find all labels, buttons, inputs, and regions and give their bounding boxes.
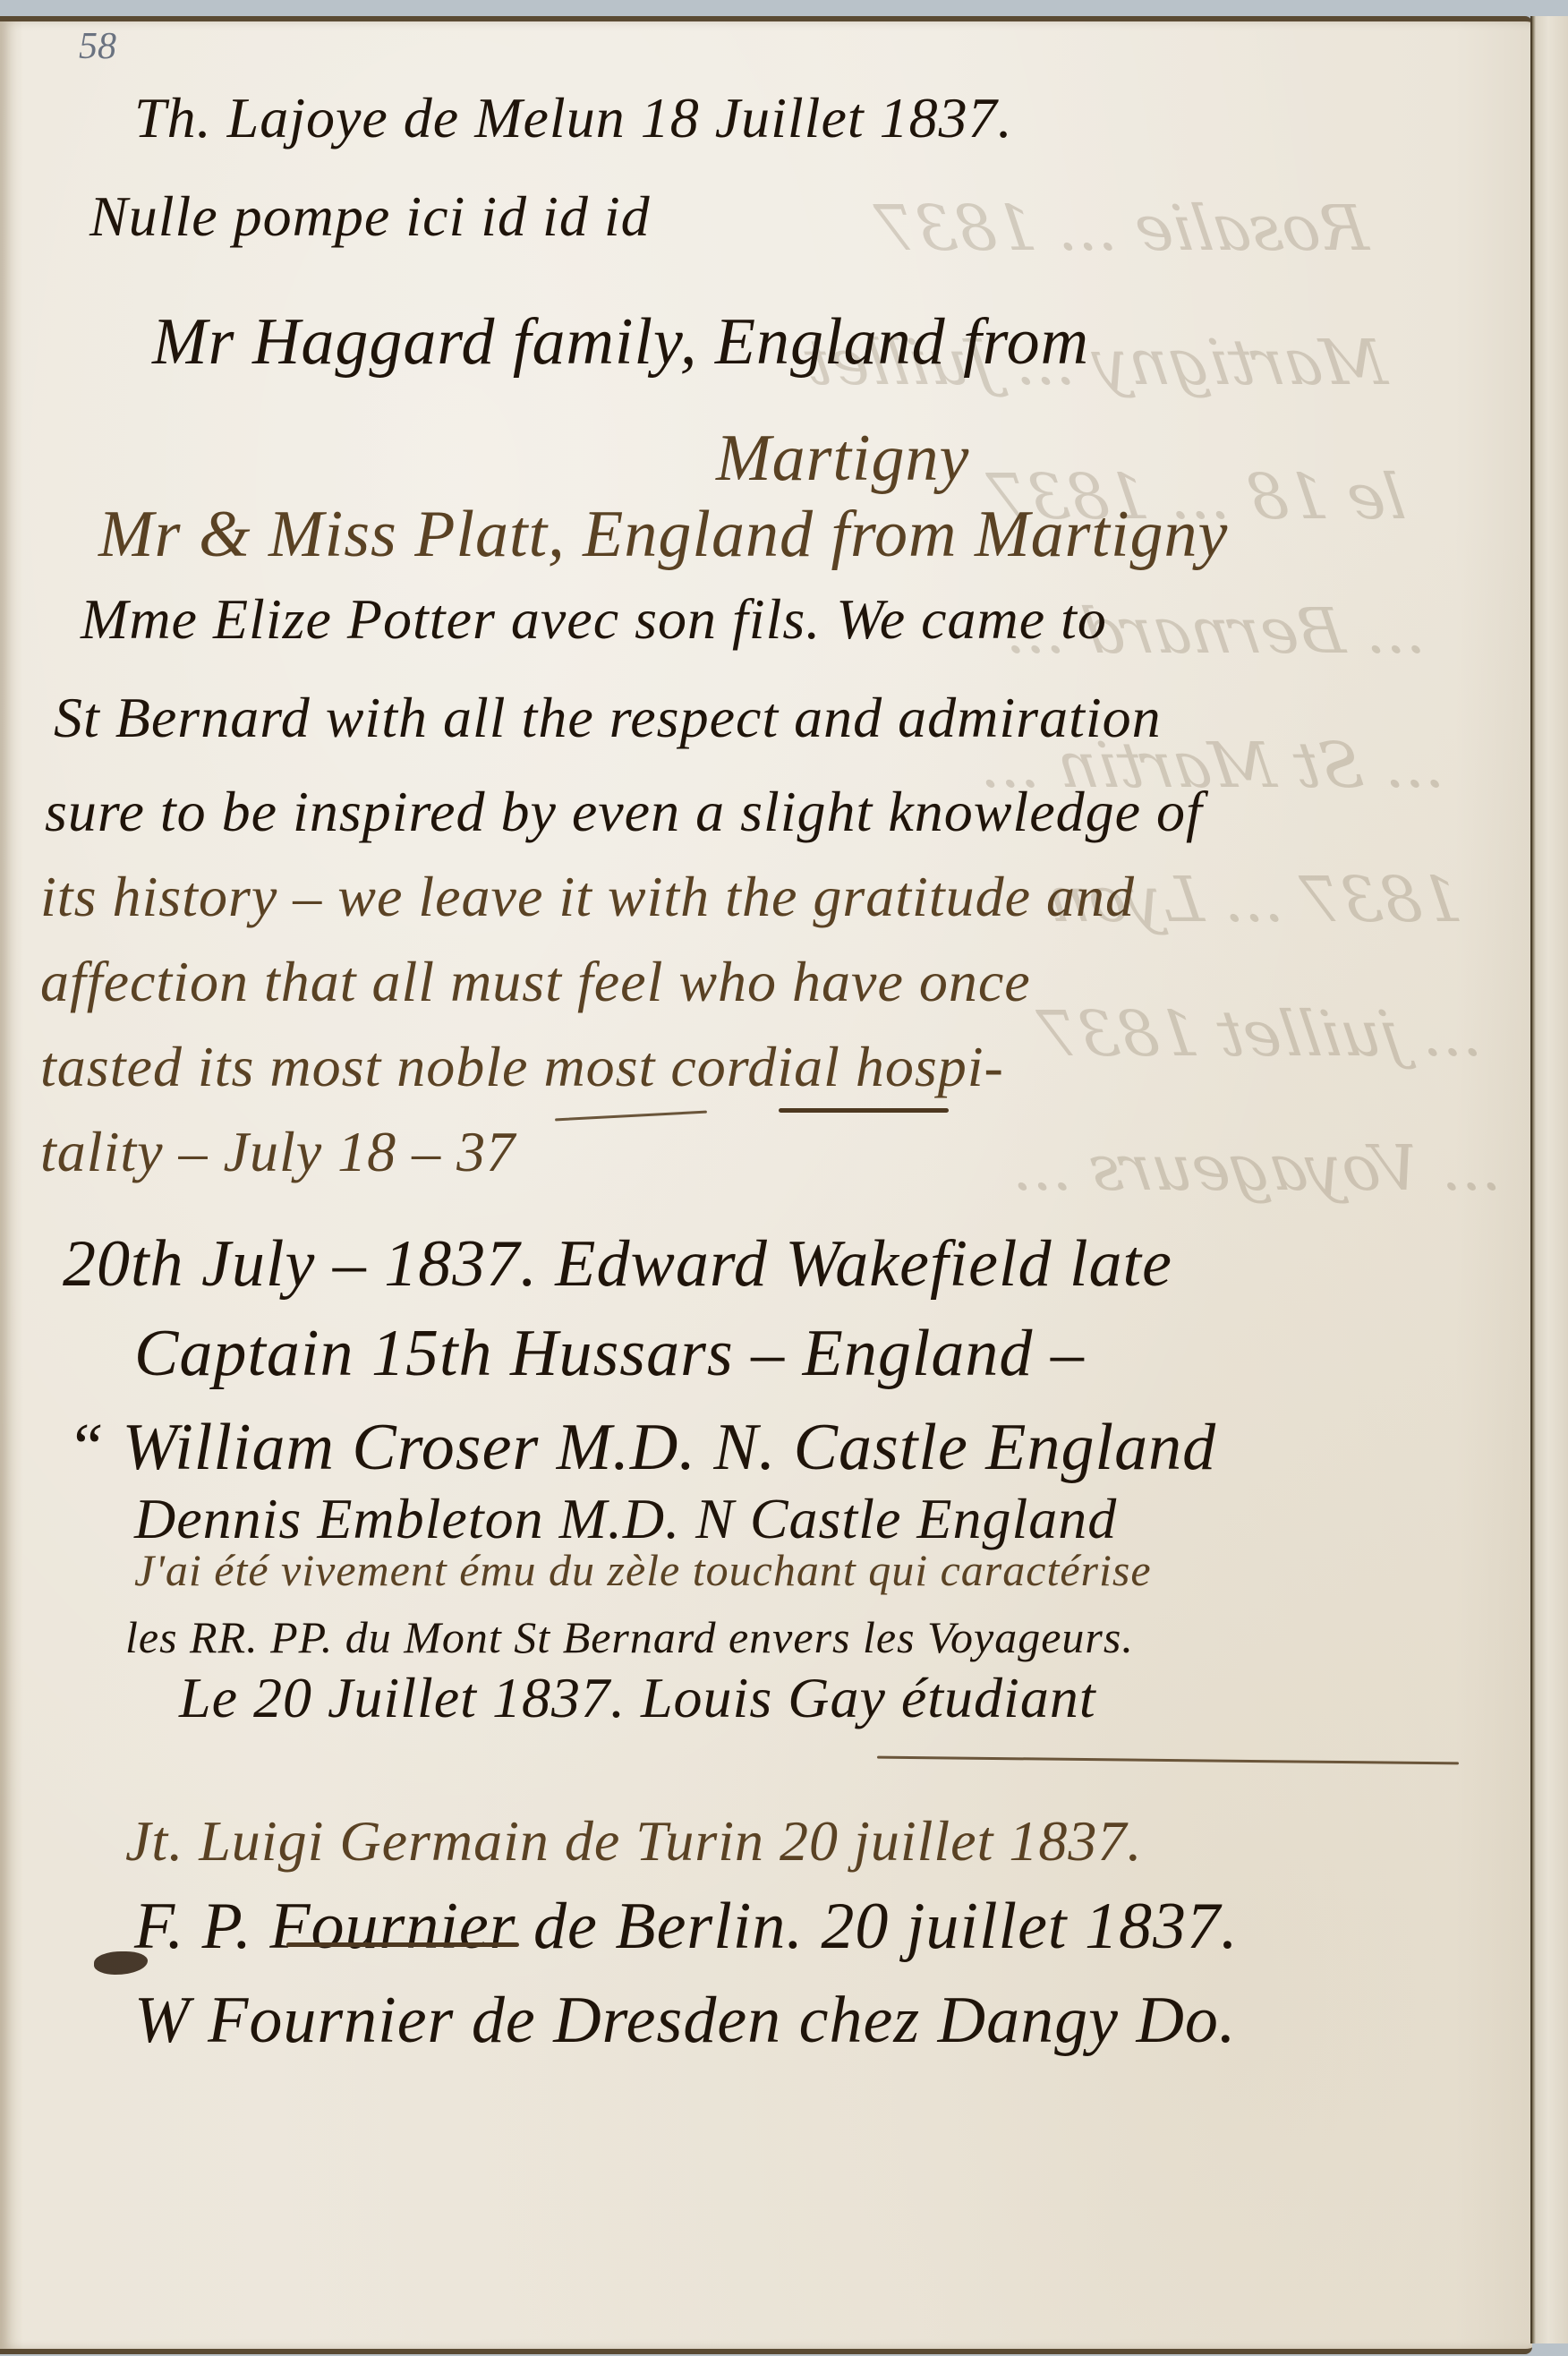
entry-line: “ William Croser M.D. N. Castle England: [67, 1410, 1216, 1486]
entry-line: tasted its most noble most cordial hospi…: [40, 1034, 1004, 1100]
entry-line: Mme Elize Potter avec son fils. We came …: [81, 586, 1107, 653]
entry-line: affection that all must feel who have on…: [40, 949, 1031, 1015]
book-binding-edge: [1530, 16, 1568, 2343]
entry-line: Mr Haggard family, England from: [152, 304, 1089, 380]
page-number: 58: [79, 25, 116, 68]
entry-line: St Bernard with all the respect and admi…: [54, 685, 1162, 751]
underline-cordial: [779, 1108, 949, 1113]
entry-line: Nulle pompe ici id id id: [89, 184, 651, 250]
entry-line: Le 20 Juillet 1837. Louis Gay étudiant: [179, 1665, 1096, 1731]
entry-line: its history – we leave it with the grati…: [40, 864, 1135, 930]
entry-line: J'ai été vivement ému du zèle touchant q…: [134, 1544, 1152, 1596]
entry-line: Mr & Miss Platt, England from Martigny: [98, 497, 1228, 573]
entry-line: 20th July – 1837. Edward Wakefield late: [63, 1226, 1172, 1302]
underline-fournier: [286, 1942, 519, 1947]
entry-line: W Fournier de Dresden chez Dangy Do.: [134, 1983, 1236, 2059]
entry-line: Captain 15th Hussars – England –: [134, 1316, 1085, 1392]
entry-line: tality – July 18 – 37: [40, 1119, 516, 1185]
entry-line: Jt. Luigi Germain de Turin 20 juillet 18…: [125, 1808, 1142, 1874]
entry-line: les RR. PP. du Mont St Bernard envers le…: [125, 1611, 1134, 1663]
entry-line: Th. Lajoye de Melun 18 Juillet 1837.: [134, 85, 1013, 151]
entry-line: Dennis Embleton M.D. N Castle England: [134, 1486, 1117, 1552]
entry-line: Martigny: [716, 421, 969, 497]
entry-line: F. P. Fournier de Berlin. 20 juillet 183…: [134, 1889, 1238, 1965]
entry-line: sure to be inspired by even a slight kno…: [45, 779, 1203, 845]
